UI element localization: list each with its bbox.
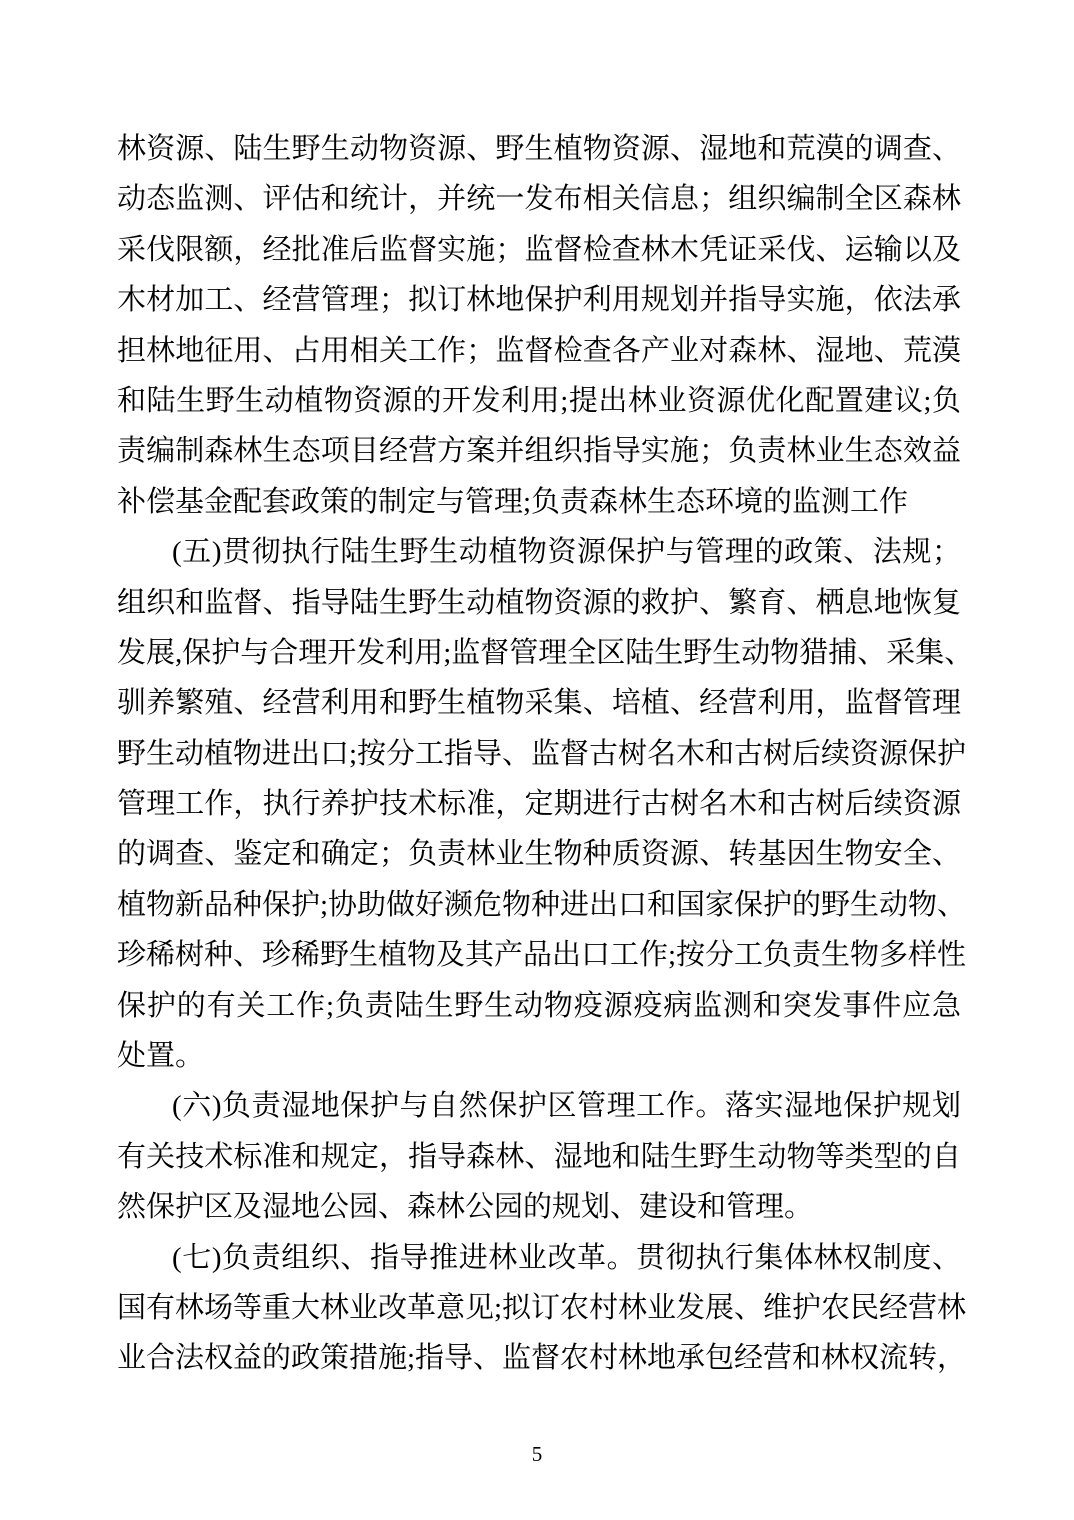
document-line-item-5-start: (五)贯彻执行陆生野生动植物资源保护与管理的政策、法规；	[117, 527, 961, 577]
document-line-paragraph-end: 处置。	[117, 1031, 961, 1081]
page-number: 5	[0, 1441, 1074, 1467]
document-line: 动态监测、评估和统计，并统一发布相关信息；组织编制全区森林	[117, 174, 961, 224]
document-line: 驯养繁殖、经营利用和野生植物采集、培植、经营利用，监督管理	[117, 678, 961, 728]
document-line: 的调查、鉴定和确定；负责林业生物种质资源、转基因生物安全、	[117, 829, 961, 879]
document-line-item-6-start: (六)负责湿地保护与自然保护区管理工作。落实湿地保护规划	[117, 1081, 961, 1131]
document-line: 植物新品种保护;协助做好濒危物种进出口和国家保护的野生动物、	[117, 880, 961, 930]
document-line: 业合法权益的政策措施;指导、监督农村林地承包经营和林权流转，	[117, 1333, 961, 1383]
document-line: 发展,保护与合理开发利用;监督管理全区陆生野生动物猎捕、采集、	[117, 628, 961, 678]
document-line: 组织和监督、指导陆生野生动植物资源的救护、繁育、栖息地恢复	[117, 578, 961, 628]
document-line: 林资源、陆生野生动物资源、野生植物资源、湿地和荒漠的调查、	[117, 124, 961, 174]
document-body: 林资源、陆生野生动物资源、野生植物资源、湿地和荒漠的调查、 动态监测、评估和统计…	[117, 124, 961, 1384]
document-line-paragraph-end: 补偿基金配套政策的制定与管理;负责森林生态环境的监测工作	[117, 477, 961, 527]
document-line: 管理工作，执行养护技术标准，定期进行古树名木和古树后续资源	[117, 779, 961, 829]
document-line: 保护的有关工作;负责陆生野生动物疫源疫病监测和突发事件应急	[117, 981, 961, 1031]
document-line: 国有林场等重大林业改革意见;拟订农村林业发展、维护农民经营林	[117, 1283, 961, 1333]
document-line: 采伐限额，经批准后监督实施；监督检查林木凭证采伐、运输以及	[117, 225, 961, 275]
document-line: 担林地征用、占用相关工作；监督检查各产业对森林、湿地、荒漠	[117, 326, 961, 376]
document-line-item-7-start: (七)负责组织、指导推进林业改革。贯彻执行集体林权制度、	[117, 1233, 961, 1283]
document-line: 珍稀树种、珍稀野生植物及其产品出口工作;按分工负责生物多样性	[117, 930, 961, 980]
document-line: 野生动植物进出口;按分工指导、监督古树名木和古树后续资源保护	[117, 729, 961, 779]
document-line: 木材加工、经营管理；拟订林地保护利用规划并指导实施，依法承	[117, 275, 961, 325]
document-line: 和陆生野生动植物资源的开发利用;提出林业资源优化配置建议;负	[117, 376, 961, 426]
document-line: 责编制森林生态项目经营方案并组织指导实施；负责林业生态效益	[117, 426, 961, 476]
document-line-paragraph-end: 然保护区及湿地公园、森林公园的规划、建设和管理。	[117, 1182, 961, 1232]
document-page: 林资源、陆生野生动物资源、野生植物资源、湿地和荒漠的调查、 动态监测、评估和统计…	[0, 0, 1074, 1520]
document-line: 有关技术标准和规定，指导森林、湿地和陆生野生动物等类型的自	[117, 1132, 961, 1182]
